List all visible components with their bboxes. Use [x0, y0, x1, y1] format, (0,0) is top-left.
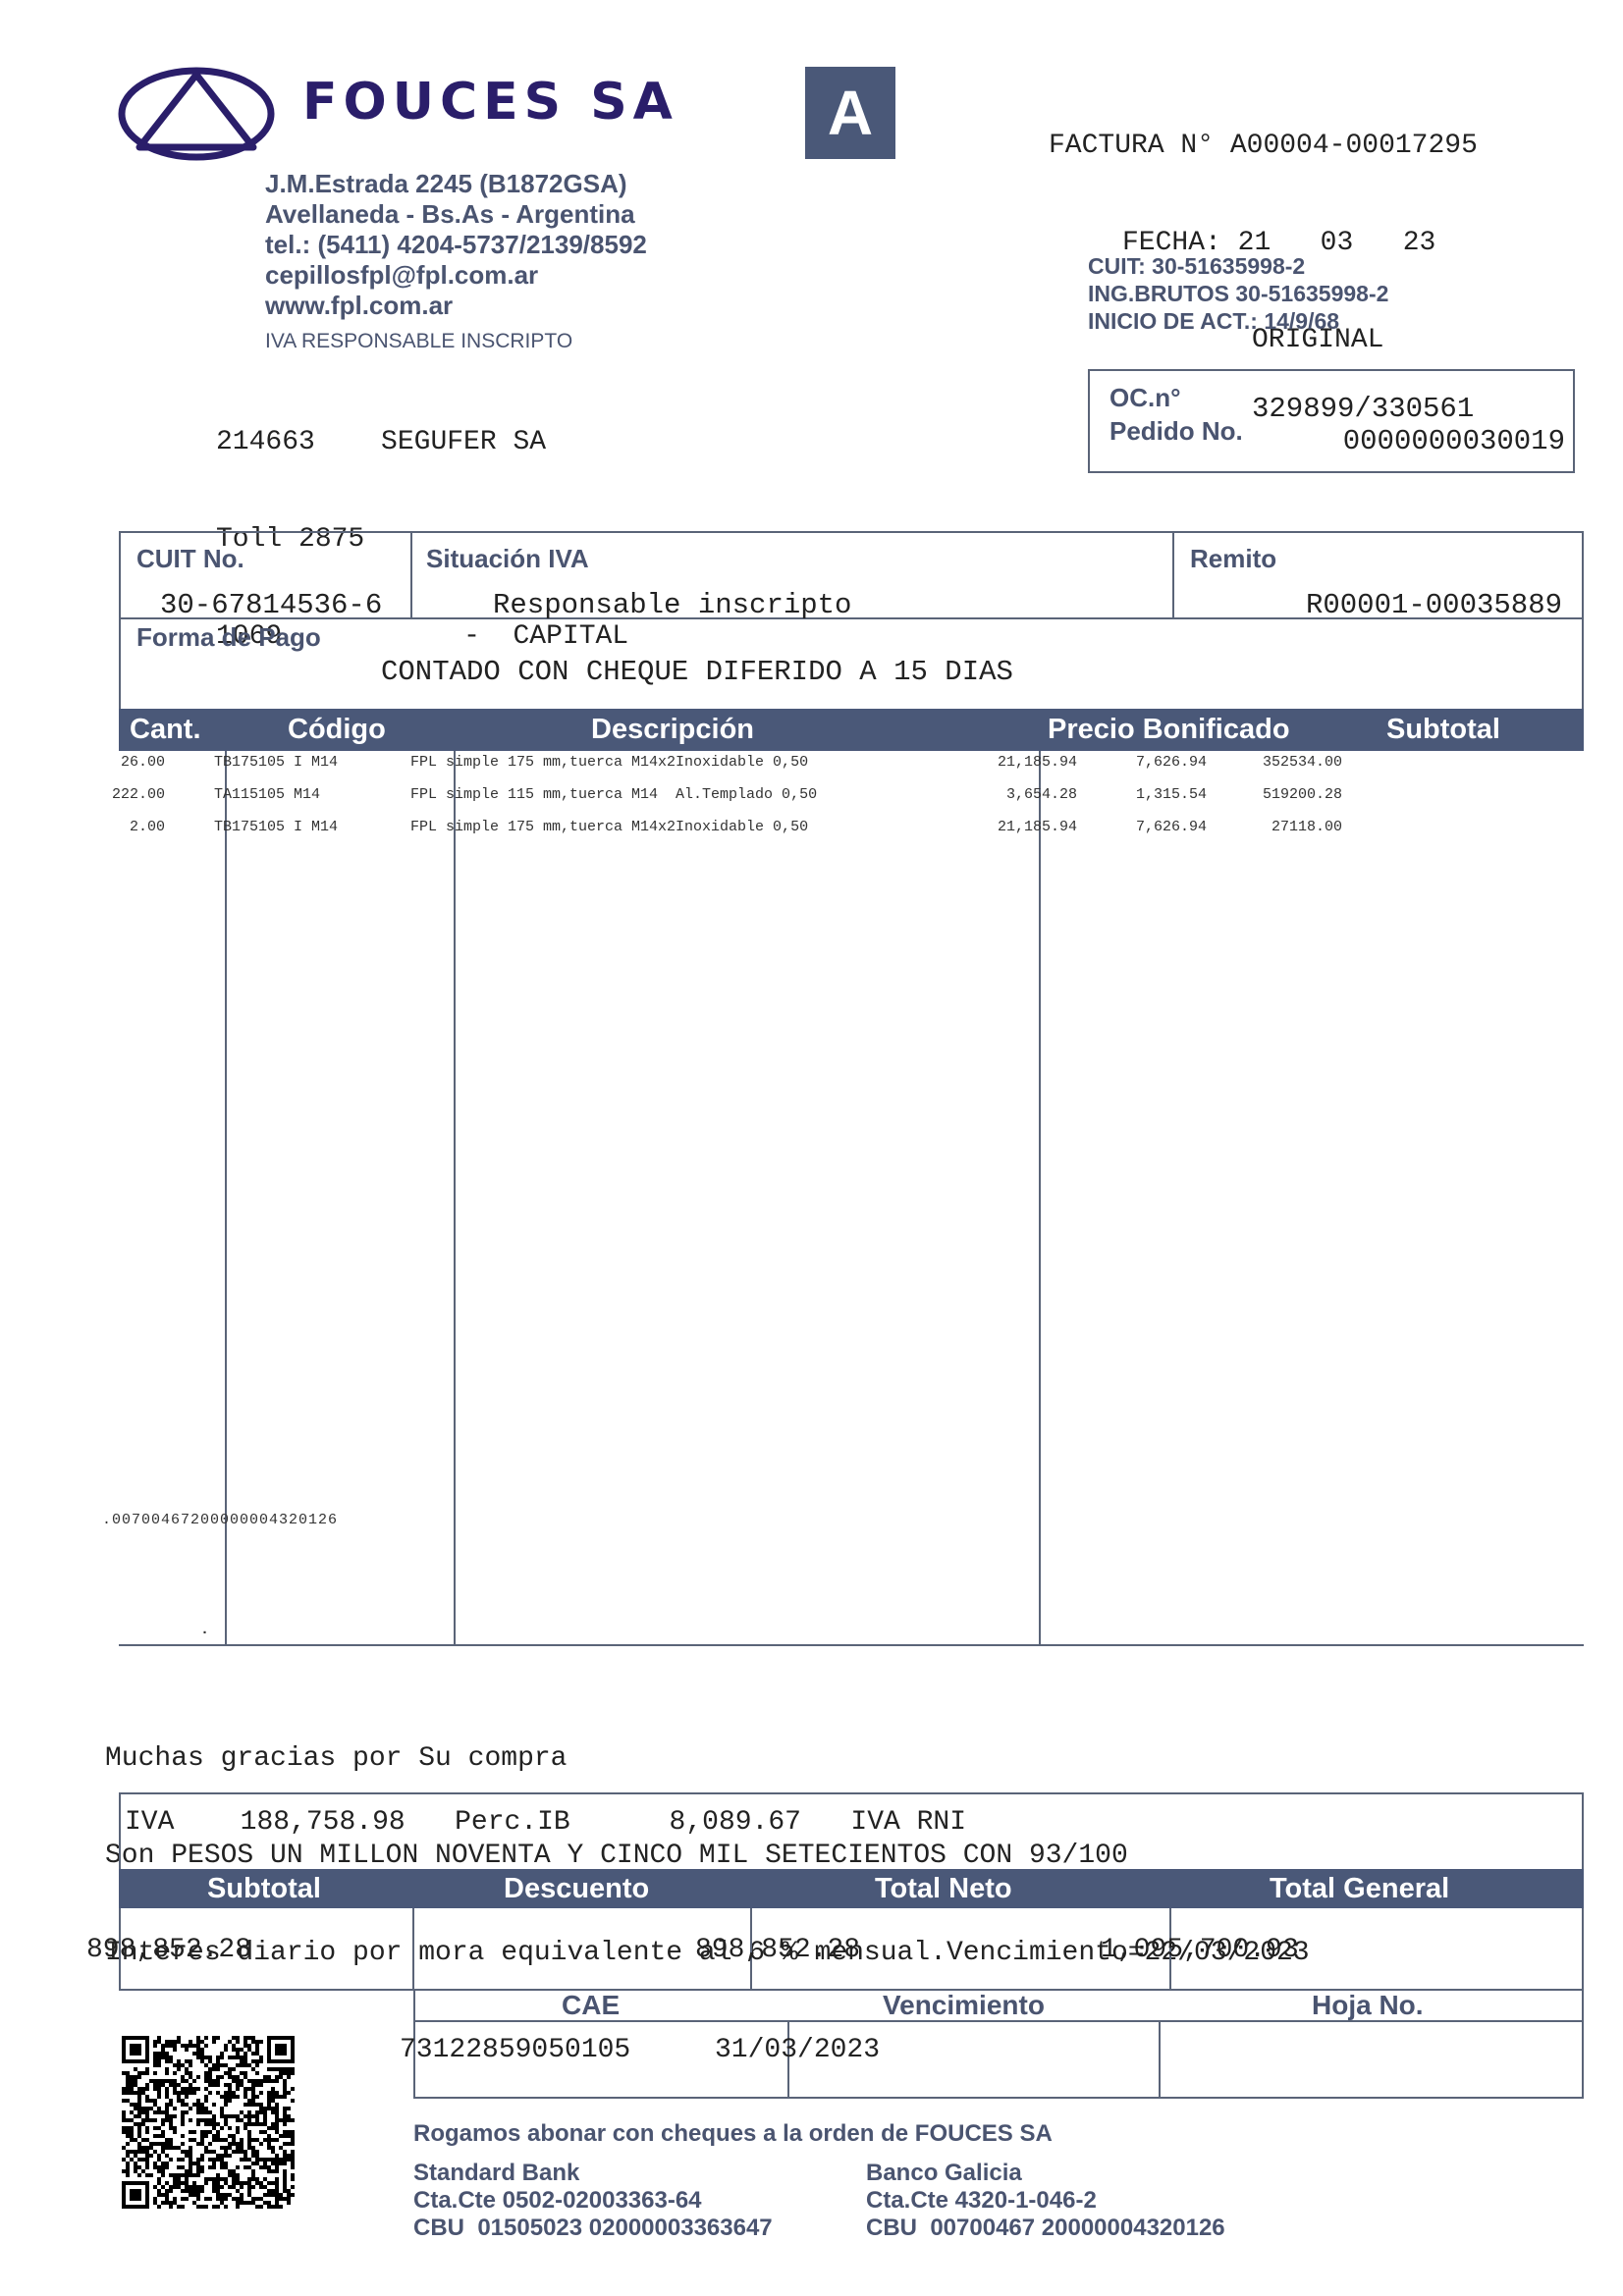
date-year: 23	[1403, 228, 1436, 258]
totals-header-total-general: Total General	[1270, 1873, 1449, 1905]
col-header-code: Código	[288, 714, 386, 746]
website-line[interactable]: www.fpl.com.ar	[265, 291, 647, 321]
row-description: FPL simple 175 mm,tuerca M14x2Inoxidable…	[410, 819, 808, 835]
perc-ib-value: 8,089.67	[670, 1807, 801, 1838]
iva-rni-label: IVA RNI	[850, 1807, 966, 1838]
items-table-header: Cant. Código Descripción Precio Bonifica…	[119, 709, 1584, 751]
cuit-label: CUIT No.	[136, 544, 244, 574]
col-header-price: Precio Bonificado	[1048, 714, 1290, 746]
row-price: 21,185.94	[998, 819, 1077, 835]
email-line[interactable]: cepillosfpl@fpl.com.ar	[265, 260, 647, 291]
triangle-circle-logo-icon	[118, 67, 275, 161]
vencimiento-header: Vencimiento	[883, 1990, 1045, 2021]
hoja-header: Hoja No.	[1312, 1990, 1424, 2021]
payment-value: CONTADO CON CHEQUE DIFERIDO A 15 DIAS	[381, 656, 1013, 688]
bank-account: Cta.Cte 4320-1-046-2	[866, 2187, 1225, 2215]
bank-name: Standard Bank	[413, 2160, 773, 2187]
row-bonificado: 7,626.94	[1136, 819, 1207, 835]
bank-name: Banco Galicia	[866, 2160, 1225, 2187]
cae-value: 73122859050105	[400, 2035, 630, 2065]
table-row: 2.00 TB175105 I M14 FPL simple 175 mm,tu…	[0, 819, 1623, 840]
vencimiento-value: 31/03/2023	[715, 2035, 880, 2065]
cuit-value: 30-67814536-6	[160, 589, 382, 621]
issuer-cuit: CUIT: 30-51635998-2	[1088, 252, 1388, 280]
cae-header: CAE	[562, 1990, 620, 2021]
qr-code-icon	[122, 2036, 295, 2209]
phone-line: tel.: (5411) 4204-5737/2139/8592	[265, 230, 647, 260]
col-header-subtotal: Subtotal	[1386, 714, 1500, 746]
bank-cbu: CBU 00700467 20000004320126	[866, 2215, 1225, 2242]
remito-value: R00001-00035889	[1306, 589, 1562, 621]
invoice-number-block: FACTURA N° A00004-00017295 FECHA: 21 03 …	[1049, 65, 1478, 389]
row-price: 3,654.28	[1006, 786, 1077, 803]
payment-label: Forma de Pago	[136, 622, 321, 653]
bank-1: Standard Bank Cta.Cte 0502-02003363-64 C…	[413, 2160, 773, 2242]
iva-label: IVA	[125, 1807, 174, 1838]
subtotal-value: 898,852.28	[86, 1935, 251, 1965]
total-neto-value: 898,852.28	[695, 1935, 860, 1965]
customer-name: SEGUFER SA	[381, 427, 546, 457]
total-general-value: 1,095,700.93	[1101, 1935, 1299, 1965]
col-header-description: Descripción	[591, 714, 754, 746]
oc-label: OC.n°	[1109, 383, 1181, 413]
row-subtotal: 27118.00	[1271, 819, 1342, 835]
issuer-address: J.M.Estrada 2245 (B1872GSA) Avellaneda -…	[265, 169, 647, 321]
order-box: OC.n° Pedido No. 329899/330561 000000003…	[1088, 369, 1575, 473]
thanks-note: Muchas gracias por Su compra	[105, 1742, 1310, 1775]
footer-dot: .	[200, 1622, 209, 1638]
company-name: FOUCES SA	[302, 73, 678, 132]
pedido-label: Pedido No.	[1109, 416, 1243, 447]
tax-line: IVA 188,758.98 Perc.IB 8,089.67 IVA RNI	[125, 1807, 966, 1838]
row-qty: 2.00	[130, 819, 165, 835]
address-line: J.M.Estrada 2245 (B1872GSA)	[265, 169, 647, 199]
payment-instruction: Rogamos abonar con cheques a la orden de…	[413, 2120, 1053, 2148]
row-qty: 26.00	[121, 754, 165, 771]
row-description: FPL simple 175 mm,tuerca M14x2Inoxidable…	[410, 754, 808, 771]
totals-header: Subtotal Descuento Total Neto Total Gene…	[119, 1869, 1584, 1908]
issuer-tax-ids: CUIT: 30-51635998-2 ING.BRUTOS 30-516359…	[1088, 252, 1388, 335]
totals-header-descuento: Descuento	[504, 1873, 649, 1905]
totals-header-subtotal: Subtotal	[207, 1873, 321, 1905]
row-price: 21,185.94	[998, 754, 1077, 771]
row-subtotal: 352534.00	[1263, 754, 1342, 771]
footer-code: .00700467200000004320126	[102, 1512, 338, 1528]
row-description: FPL simple 115 mm,tuerca M14 Al.Templado…	[410, 786, 817, 803]
iva-status: IVA RESPONSABLE INSCRIPTO	[265, 330, 572, 353]
row-qty: 222.00	[112, 786, 165, 803]
bank-cbu: CBU 01505023 02000003363647	[413, 2215, 773, 2242]
row-code: TB175105 I M14	[214, 819, 338, 835]
row-code: TA115105 M14	[214, 786, 320, 803]
oc-value: 329899/330561	[1252, 393, 1474, 425]
table-row: 222.00 TA115105 M14 FPL simple 115 mm,tu…	[0, 786, 1623, 808]
customer-code: 214663	[216, 427, 315, 457]
col-header-qty: Cant.	[130, 714, 201, 746]
qr-code[interactable]	[122, 2036, 295, 2209]
issuer-inicio-act: INICIO DE ACT.: 14/9/68	[1088, 307, 1388, 335]
iva-situation-value: Responsable inscripto	[493, 589, 851, 621]
issuer-ing-brutos: ING.BRUTOS 30-51635998-2	[1088, 280, 1388, 307]
row-bonificado: 1,315.54	[1136, 786, 1207, 803]
invoice-number: A00004-00017295	[1230, 131, 1478, 161]
invoice-number-label: FACTURA N°	[1049, 131, 1214, 161]
table-row: 26.00 TB175105 I M14 FPL simple 175 mm,t…	[0, 754, 1623, 775]
pedido-value: 0000000030019	[1343, 425, 1565, 457]
totals-header-total-neto: Total Neto	[875, 1873, 1012, 1905]
row-bonificado: 7,626.94	[1136, 754, 1207, 771]
company-logo	[118, 67, 275, 161]
row-subtotal: 519200.28	[1263, 786, 1342, 803]
iva-value: 188,758.98	[241, 1807, 406, 1838]
bank-account: Cta.Cte 0502-02003363-64	[413, 2187, 773, 2215]
invoice-letter-badge: A	[805, 67, 895, 159]
remito-label: Remito	[1190, 544, 1276, 574]
iva-situation-label: Situación IVA	[426, 544, 589, 574]
address-line: Avellaneda - Bs.As - Argentina	[265, 199, 647, 230]
perc-ib-label: Perc.IB	[455, 1807, 570, 1838]
row-code: TB175105 I M14	[214, 754, 338, 771]
bank-2: Banco Galicia Cta.Cte 4320-1-046-2 CBU 0…	[866, 2160, 1225, 2242]
